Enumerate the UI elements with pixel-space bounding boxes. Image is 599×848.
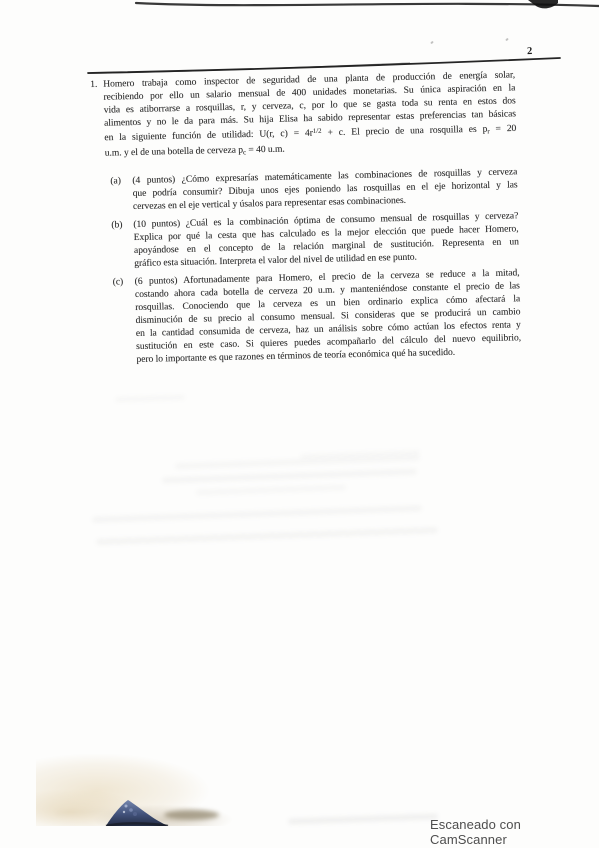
problem-intro: 1. Homero trabaja como inspector de segu… (90, 68, 517, 163)
corner-scan-mark (528, 0, 558, 8)
scan-top-edge-artifact (0, 0, 599, 60)
item-label: (c) (112, 275, 123, 288)
intro-lines: Homero trabaja como inspector de segurid… (103, 68, 517, 163)
bleed-smudge (288, 813, 438, 824)
bleed-smudge (92, 505, 422, 523)
scanned-document-page: 2 1. Homero trabaja como inspector de se… (0, 0, 599, 848)
item-label: (b) (111, 218, 122, 231)
bleed-smudge (175, 455, 420, 470)
bleed-smudge (96, 527, 438, 545)
object-shadow-tail (164, 810, 219, 820)
bleed-smudge (162, 469, 417, 484)
camscanner-watermark: Escaneado con CamScanner (430, 817, 599, 847)
question-items: (a)(4 puntos) ¿Cómo expresarías matemáti… (92, 166, 521, 368)
problem-text-block: 1. Homero trabaja como inspector de segu… (90, 68, 521, 367)
scan-speck (430, 41, 434, 44)
page-number: 2 (527, 46, 533, 57)
question-item-a: (a)(4 puntos) ¿Cómo expresarías matemáti… (132, 166, 518, 214)
item-label: (a) (110, 175, 121, 188)
bleed-smudge (115, 395, 185, 402)
scan-speck (505, 38, 509, 41)
problem-number: 1. (90, 78, 97, 91)
question-item-c: (c)(6 puntos) Afortunadamente para Homer… (134, 266, 521, 366)
scan-photo-artifact (36, 748, 238, 826)
bleed-smudge (196, 484, 346, 495)
question-item-b: (b)(10 puntos) ¿Cuál es la combinación ó… (133, 210, 519, 271)
